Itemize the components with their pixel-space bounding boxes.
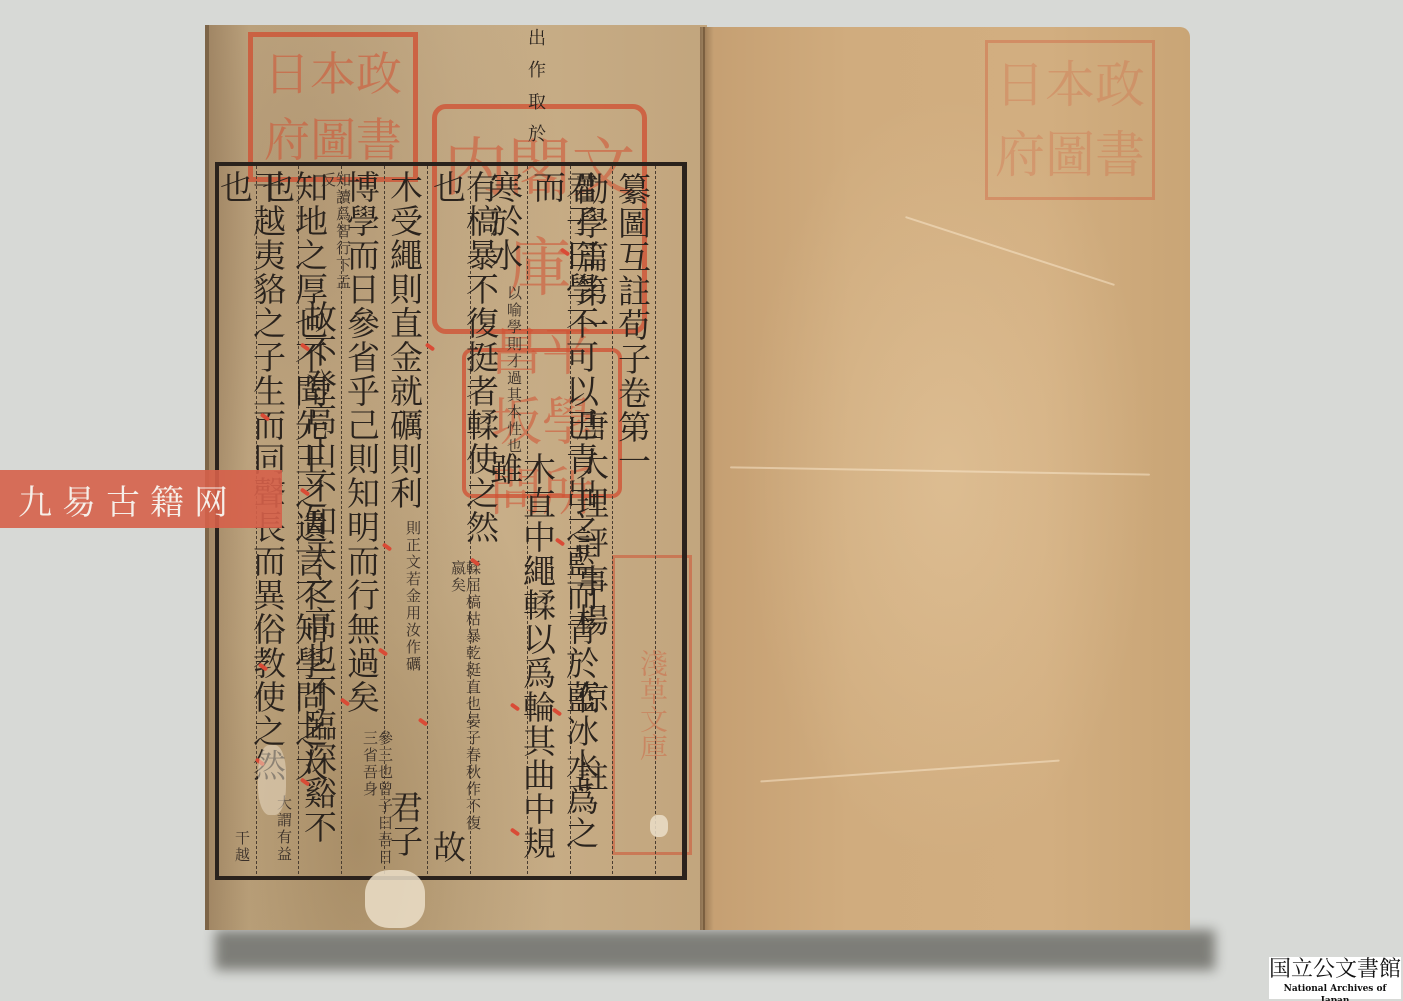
- paper-damage: [365, 870, 425, 928]
- archive-logo-japanese: 国立公文書館: [1269, 957, 1401, 983]
- commentary-column: 則正文若金用汝作礪: [405, 520, 420, 680]
- text-column: 故: [431, 830, 464, 870]
- paper-damage: [650, 815, 668, 837]
- text-column: 有槁暴不復挺者輮使之然也: [431, 170, 497, 550]
- margin-annotation: 出作取於: [522, 28, 548, 156]
- seal-stamp-right-page: 日本政府圖書: [985, 40, 1155, 200]
- paper-damage: [258, 745, 286, 815]
- commentary-column: 干越: [234, 830, 249, 870]
- national-archives-logo: 国立公文書館 National Archives of Japan: [1269, 957, 1401, 999]
- commentary-column: 參三也曾子曰吾日三省吾身: [362, 730, 392, 870]
- site-watermark: 九易古籍网: [0, 470, 282, 528]
- column-rule: [427, 166, 428, 874]
- volume-title: 纂圖互註荀子卷第一: [616, 172, 649, 612]
- book-shadow: [215, 930, 1215, 970]
- archive-logo-english: National Archives of Japan: [1269, 983, 1401, 1001]
- book-gutter: [700, 27, 714, 930]
- column-rule: [655, 166, 656, 874]
- seal-stamp-japan-government-library: 日本政府圖書: [248, 32, 418, 182]
- commentary-column: 輮屈槁枯暴乾挺直也晏子春秋作不復嬴矣: [450, 560, 480, 840]
- text-column: 木受繩則直金就礪則利: [388, 170, 421, 520]
